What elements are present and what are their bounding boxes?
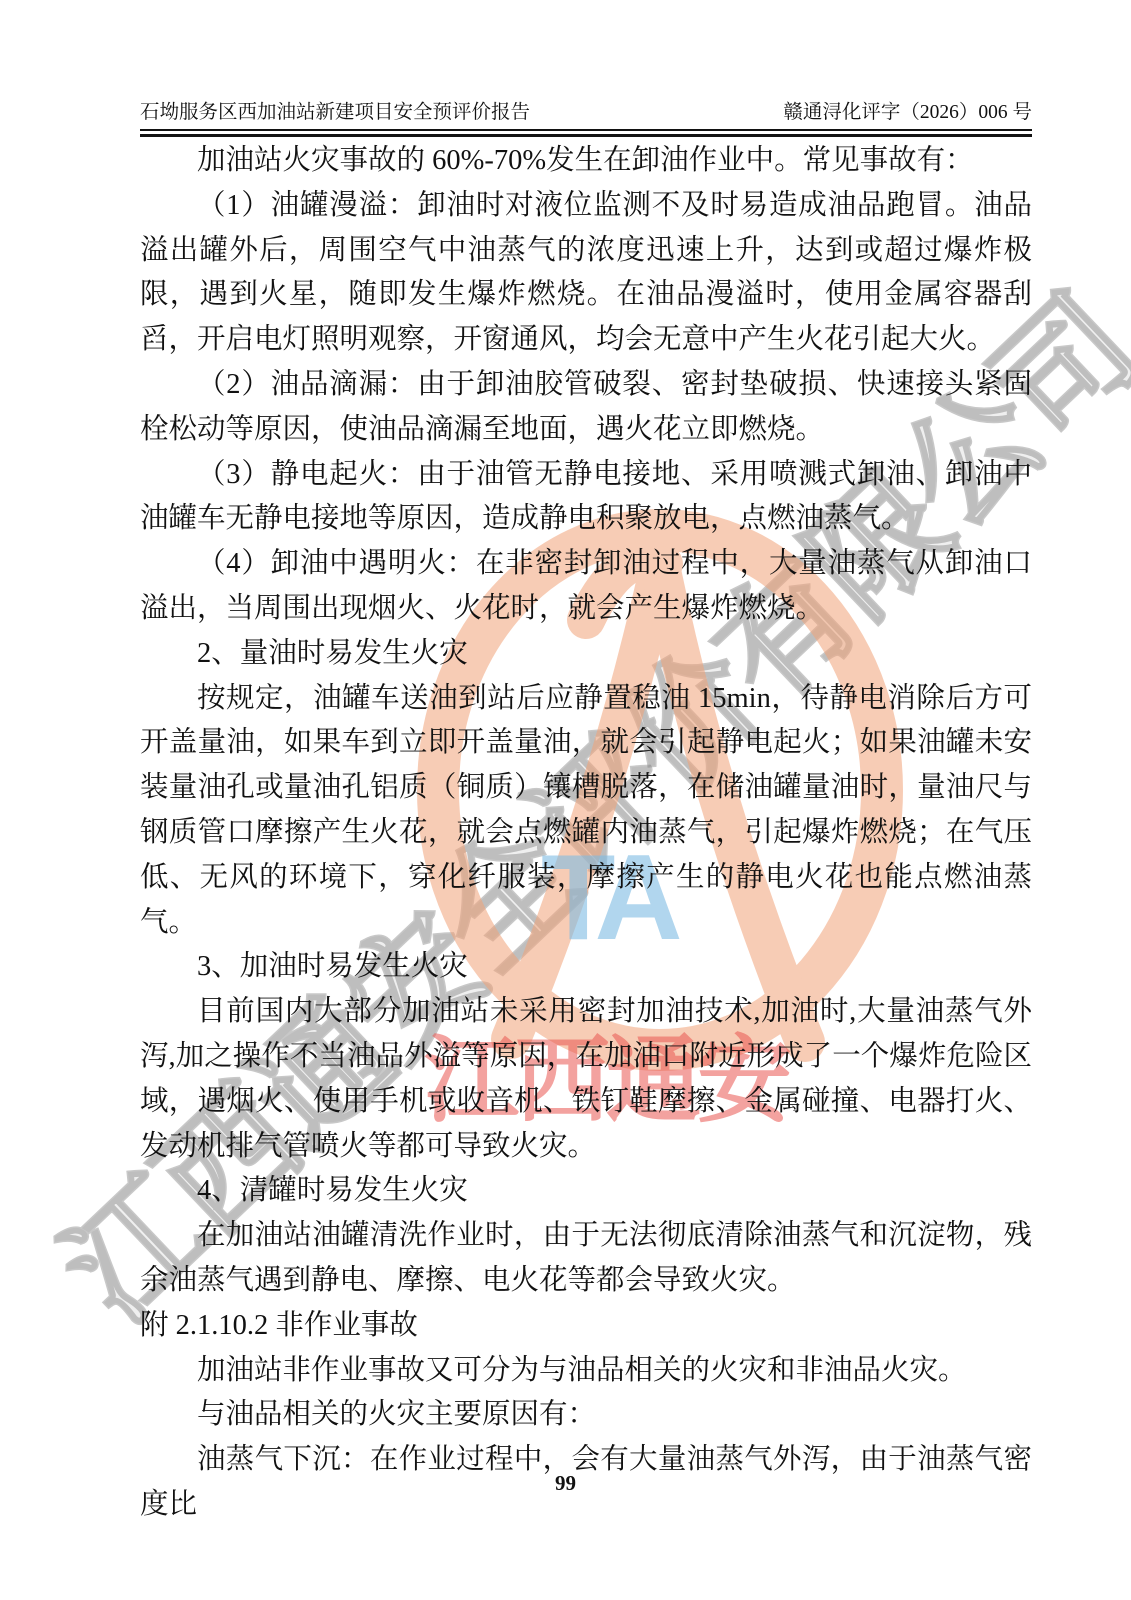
body-paragraph: 3、加油时易发生火灾 bbox=[140, 945, 1032, 990]
body-paragraph: 加油站非作业事故又可分为与油品相关的火灾和非油品火灾。 bbox=[140, 1349, 1032, 1394]
body-paragraph: 目前国内大部分加油站未采用密封加油技术,加油时,大量油蒸气外泻,加之操作不当油品… bbox=[140, 990, 1032, 1169]
body-paragraph: 在加油站油罐清洗作业时，由于无法彻底清除油蒸气和沉淀物，残余油蒸气遇到静电、摩擦… bbox=[140, 1214, 1032, 1304]
body-paragraph: 4、清罐时易发生火灾 bbox=[140, 1169, 1032, 1214]
body-paragraph: 加油站火灾事故的 60%-70%发生在卸油作业中。常见事故有： bbox=[140, 139, 1032, 184]
body-paragraph: （4）卸油中遇明火：在非密封卸油过程中，大量油蒸气从卸油口溢出，当周围出现烟火、… bbox=[140, 542, 1032, 632]
body-paragraph: （2）油品滴漏：由于卸油胶管破裂、密封垫破损、快速接头紧固栓松动等原因，使油品滴… bbox=[140, 363, 1032, 453]
body-text: 加油站火灾事故的 60%-70%发生在卸油作业中。常见事故有：（1）油罐漫溢：卸… bbox=[140, 139, 1032, 1528]
content-layer: 石坳服务区西加油站新建项目安全预评价报告 赣通浔化评字（2026）006 号 加… bbox=[0, 0, 1131, 1600]
page-header: 石坳服务区西加油站新建项目安全预评价报告 赣通浔化评字（2026）006 号 bbox=[140, 101, 1032, 124]
report-title: 石坳服务区西加油站新建项目安全预评价报告 bbox=[140, 101, 530, 124]
document-page: 江西通安全评价有限公司 TA 江西通安 石坳服务区西加油站新建项目安全预评价报告… bbox=[0, 0, 1131, 1600]
body-paragraph: （3）静电起火：由于油管无静电接地、采用喷溅式卸油、卸油中油罐车无静电接地等原因… bbox=[140, 453, 1032, 543]
header-divider bbox=[140, 129, 1032, 137]
document-number: 赣通浔化评字（2026）006 号 bbox=[783, 101, 1032, 124]
body-paragraph: 与油品相关的火灾主要原因有： bbox=[140, 1393, 1032, 1438]
body-paragraph: 按规定，油罐车送油到站后应静置稳油 15min，待静电消除后方可开盖量油，如果车… bbox=[140, 677, 1032, 946]
body-paragraph: 附 2.1.10.2 非作业事故 bbox=[140, 1304, 1032, 1349]
body-paragraph: 2、量油时易发生火灾 bbox=[140, 632, 1032, 677]
page-number: 99 bbox=[555, 1471, 576, 1495]
body-paragraph: （1）油罐漫溢：卸油时对液位监测不及时易造成油品跑冒。油品溢出罐外后，周围空气中… bbox=[140, 184, 1032, 363]
